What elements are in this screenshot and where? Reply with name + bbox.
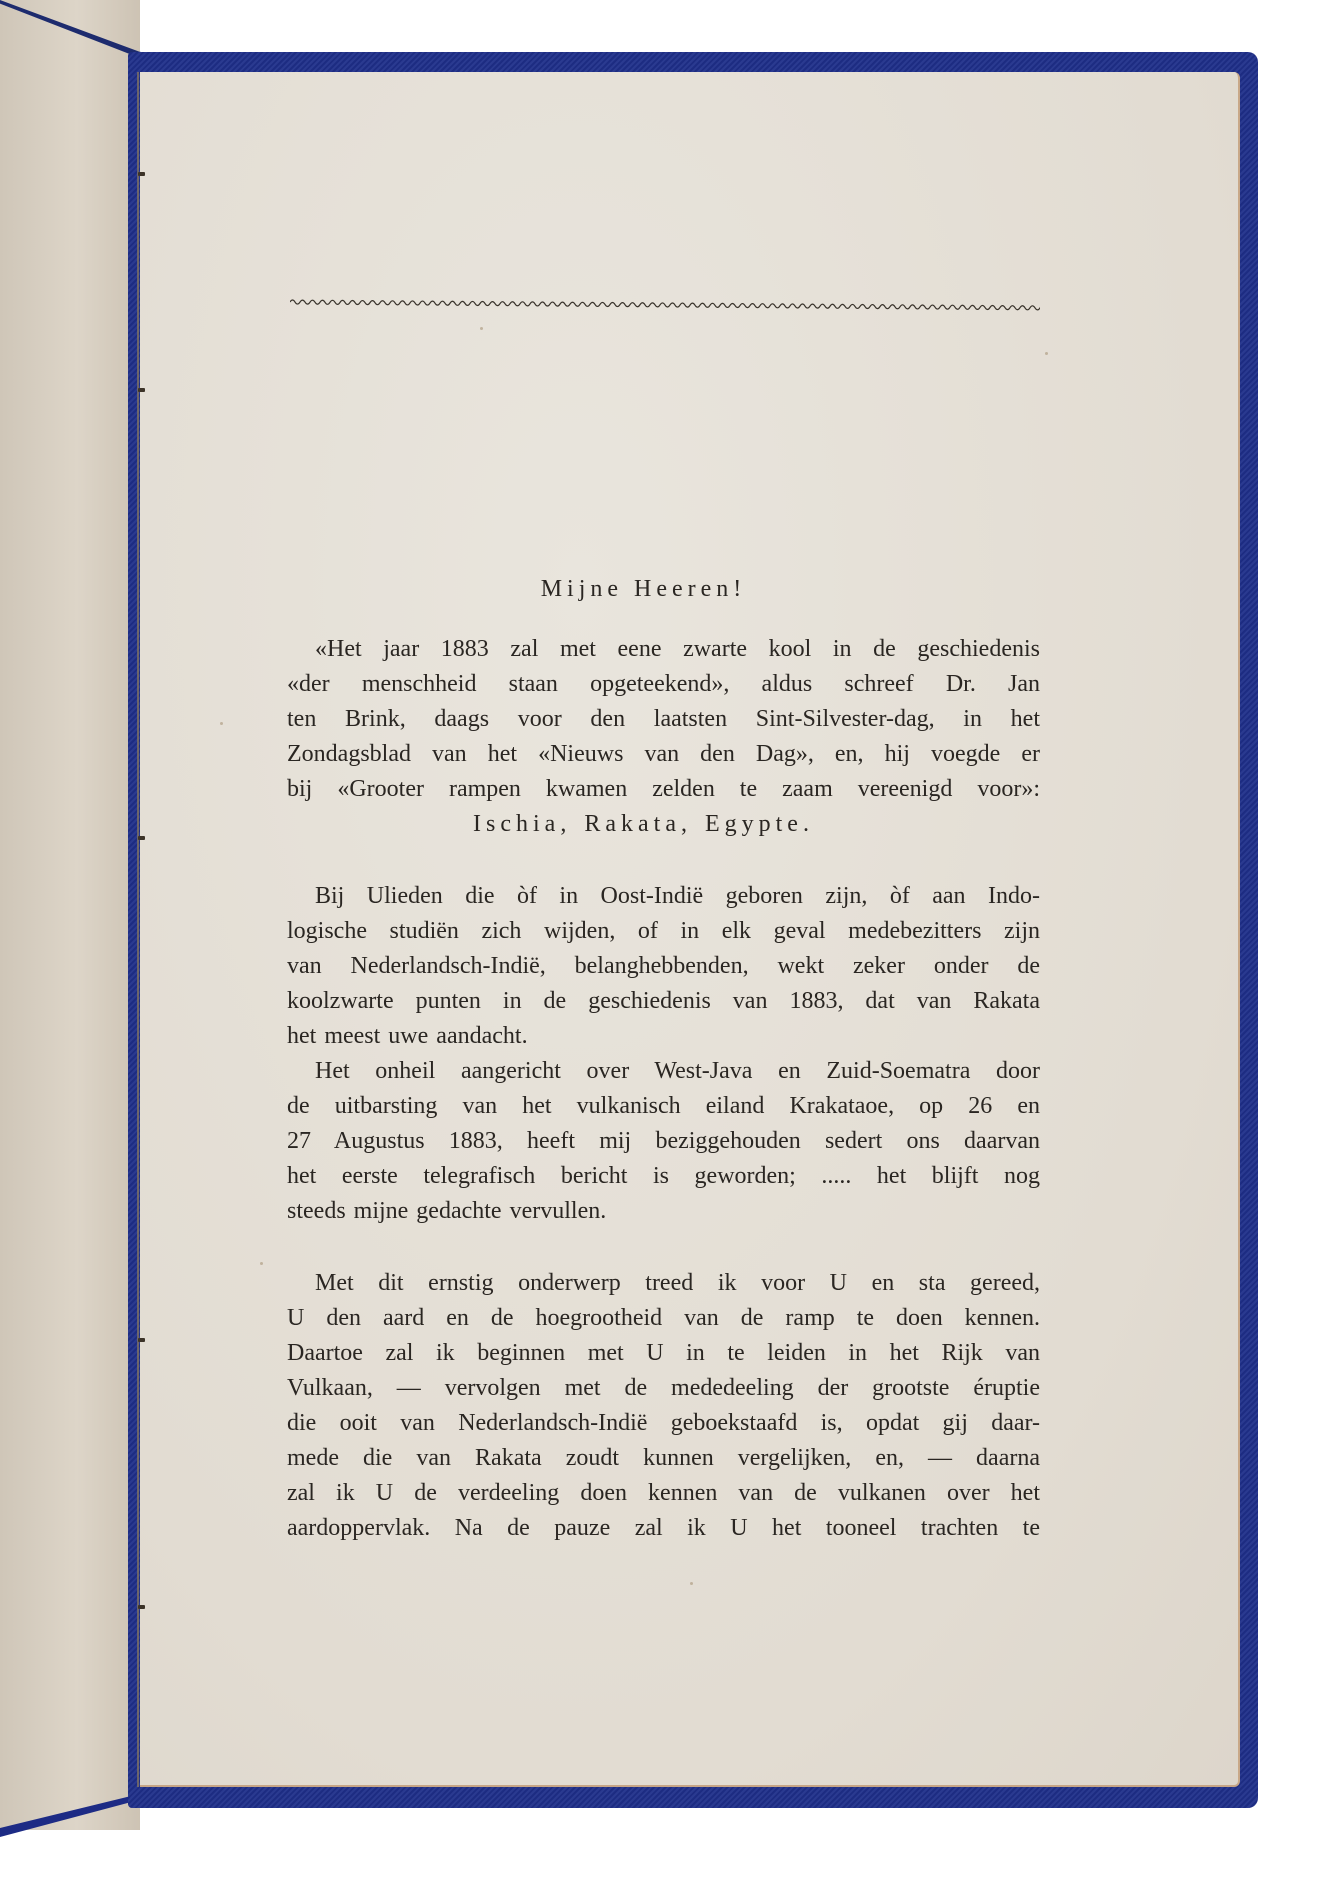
text-line: die ooit van Nederlandsch-Indië geboekst… [287,1406,1040,1441]
right-page: Mijne Heeren! «Het jaar 1883 zal met een… [140,72,1240,1787]
text-line: Met dit ernstig onderwerp treed ik voor … [287,1266,1040,1301]
wavy-rule-ornament [290,296,1040,314]
binding-stitch [138,836,145,840]
text-line: van Nederlandsch-Indië, belanghebbenden,… [287,949,1040,984]
text-line: Het onheil aangericht over West-Java en … [287,1054,1040,1089]
paper-speck [260,1262,263,1265]
paragraph-gap [287,1229,1040,1266]
paper-speck [220,722,223,725]
text-line: zal ik U de verdeeling doen kennen van d… [287,1476,1040,1511]
binding-stitch [138,1605,145,1609]
binding-stitch [138,172,145,176]
paper-speck [690,1582,693,1585]
text-line: Bij Ulieden die òf in Oost-Indië geboren… [287,879,1040,914]
binding-stitch [138,1338,145,1342]
text-line: Daartoe zal ik beginnen met U in te leid… [287,1336,1040,1371]
text-line: logische studiën zich wijden, of in elk … [287,914,1040,949]
paragraph-2: Bij Ulieden die òf in Oost-Indië geboren… [287,879,1040,1054]
text-line: U den aard en de hoegrootheid van de ram… [287,1301,1040,1336]
text-line: koolzwarte punten in de geschiedenis van… [287,984,1040,1019]
text-line: aardoppervlak. Na de pauze zal ik U het … [287,1511,1040,1546]
text-line: het eerste telegrafisch bericht is gewor… [287,1159,1040,1194]
paragraph-1: «Het jaar 1883 zal met eene zwarte kool … [287,632,1040,842]
paper-speck [1045,352,1048,355]
text-line: «der menschheid staan opgeteekend», aldu… [287,667,1040,702]
binding-stitch [138,388,145,392]
paper-speck [480,327,483,330]
text-line: «Het jaar 1883 zal met eene zwarte kool … [287,632,1040,667]
text-line: het meest uwe aandacht. [287,1019,1040,1054]
text-line: steeds mijne gedachte vervullen. [287,1194,1040,1229]
text-line: 27 Augustus 1883, heeft mij beziggehoude… [287,1124,1040,1159]
page-gutter [137,72,139,1787]
paragraph-gap [287,842,1040,879]
left-facing-page [0,0,140,1830]
text-line: Zondagsblad van het «Nieuws van den Dag»… [287,737,1040,772]
paragraph-3: Het onheil aangericht over West-Java en … [287,1054,1040,1229]
paragraph-4: Met dit ernstig onderwerp treed ik voor … [287,1266,1040,1546]
text-line: bij «Grooter rampen kwamen zelden te zaa… [287,772,1040,807]
text-line: ten Brink, daags voor den laatsten Sint-… [287,702,1040,737]
text-line: mede die van Rakata zoudt kunnen vergeli… [287,1441,1040,1476]
centered-place-names: Ischia, Rakata, Egypte. [247,807,1040,842]
text-line: Vulkaan, — vervolgen met de mededeeling … [287,1371,1040,1406]
body-text: Mijne Heeren! «Het jaar 1883 zal met een… [287,572,1040,1546]
text-line: de uitbarsting van het vulkanisch eiland… [287,1089,1040,1124]
salutation-heading: Mijne Heeren! [247,572,1040,607]
